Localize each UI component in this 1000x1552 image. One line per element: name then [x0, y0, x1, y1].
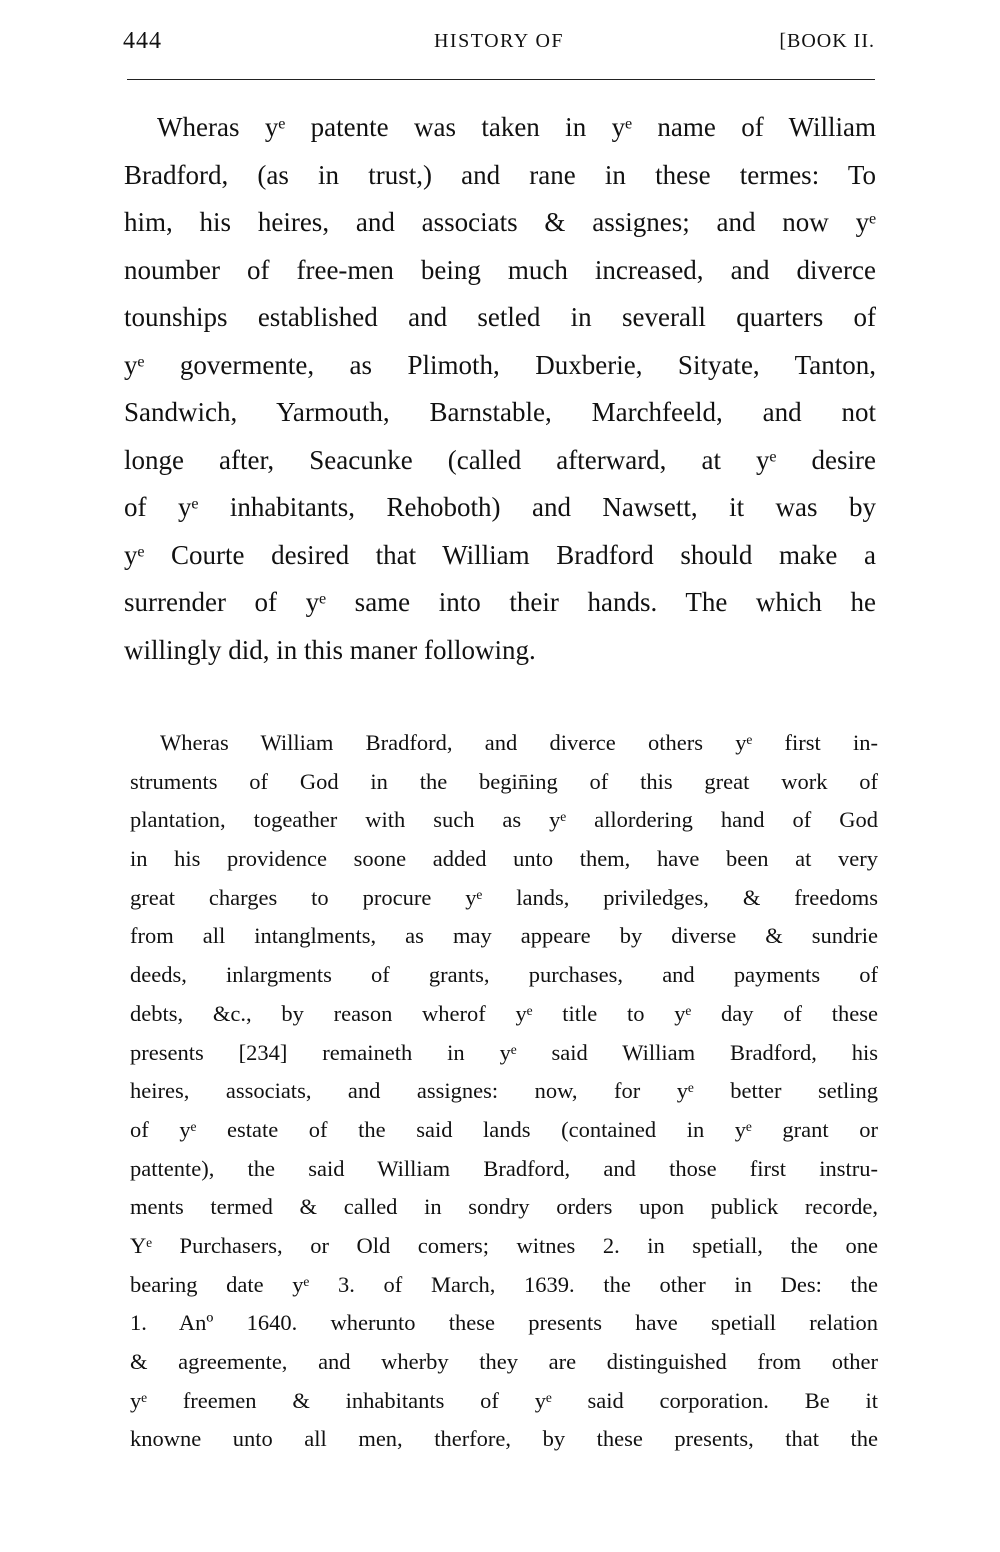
text-line: knowne unto all men, therfore, by these … [130, 1420, 878, 1459]
text-line: Bradford, (as in trust,) and rane in the… [124, 152, 876, 200]
text-line: of yᵉ estate of the said lands (containe… [130, 1111, 878, 1150]
text-line: deeds, inlargments of grants, purchases,… [130, 956, 878, 995]
book-reference: [BOOK II. [779, 30, 875, 53]
text-line: presents [234] remaineth in yᵉ said Will… [130, 1034, 878, 1073]
text-line: Wheras William Bradford, and diverce oth… [130, 724, 878, 763]
text-line: yᵉ Courte desired that William Bradford … [124, 532, 876, 580]
text-line: of yᵉ inhabitants, Rehoboth) and Nawsett… [124, 484, 876, 532]
text-line: longe after, Seacunke (called afterward,… [124, 437, 876, 485]
text-line: in his providence soone added unto them,… [130, 840, 878, 879]
text-line: willingly did, in this maner following. [124, 627, 876, 675]
text-line: noumber of free-men being much increased… [124, 247, 876, 295]
book-page: 444 HISTORY OF [BOOK II. Wheras yᵉ paten… [0, 0, 1000, 1552]
text-line: from all intanglments, as may appeare by… [130, 917, 878, 956]
running-header: 444 HISTORY OF [BOOK II. [123, 28, 875, 60]
text-line: heires, associats, and assignes: now, fo… [130, 1072, 878, 1111]
text-line: yᵉ freemen & inhabitants of yᵉ said corp… [130, 1382, 878, 1421]
text-line: pattente), the said William Bradford, an… [130, 1150, 878, 1189]
text-line: great charges to procure yᵉ lands, privi… [130, 879, 878, 918]
quoted-deed-paragraph: Wheras William Bradford, and diverce oth… [130, 724, 878, 1459]
text-line: Wheras yᵉ patente was taken in yᵉ name o… [124, 104, 876, 152]
running-title: HISTORY OF [123, 30, 875, 53]
text-line: Sandwich, Yarmouth, Barnstable, Marchfee… [124, 389, 876, 437]
text-line: Yᵉ Purchasers, or Old comers; witnes 2. … [130, 1227, 878, 1266]
text-line: debts, &c., by reason wherof yᵉ title to… [130, 995, 878, 1034]
text-line: tounships established and setled in seve… [124, 294, 876, 342]
text-line: 1. Anº 1640. wherunto these presents hav… [130, 1304, 878, 1343]
text-line: yᵉ govermente, as Plimoth, Duxberie, Sit… [124, 342, 876, 390]
text-line: & agreemente, and wherby they are distin… [130, 1343, 878, 1382]
narrative-paragraph: Wheras yᵉ patente was taken in yᵉ name o… [124, 104, 876, 674]
text-line: surrender of yᵉ same into their hands. T… [124, 579, 876, 627]
text-line: ments termed & called in sondry orders u… [130, 1188, 878, 1227]
text-line: struments of God in the begin̄ing of thi… [130, 763, 878, 802]
text-line: bearing date yᵉ 3. of March, 1639. the o… [130, 1266, 878, 1305]
header-rule [127, 79, 875, 80]
text-line: him, his heires, and associats & assigne… [124, 199, 876, 247]
text-line: plantation, togeather with such as yᵉ al… [130, 801, 878, 840]
